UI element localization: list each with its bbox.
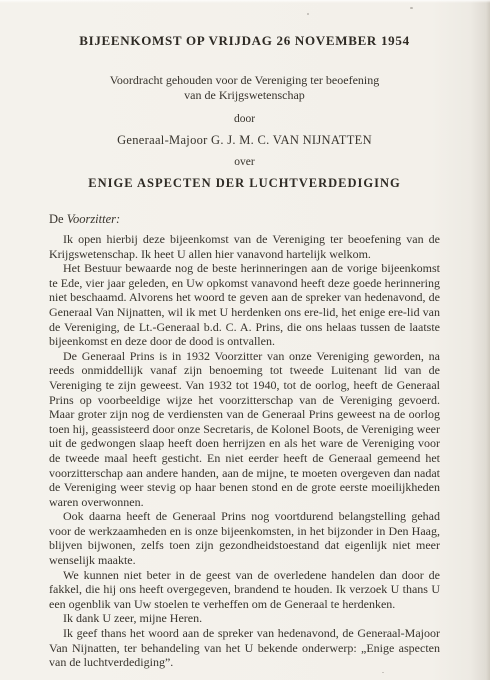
lecture-subtitle: Voordracht gehouden voor de Vereniging t… xyxy=(49,73,440,103)
chairman-line: De Voorzitter: xyxy=(49,212,440,227)
paragraph: De Generaal Prins is in 1932 Voorzitter … xyxy=(49,349,440,510)
speaker-name: Generaal-Majoor G. J. M. C. VAN NIJNATTE… xyxy=(49,133,440,148)
chairman-prefix: De xyxy=(49,212,67,226)
chairman-role: Voorzitter: xyxy=(67,212,120,226)
body-paragraphs: Ik open hierbij deze bijeenkomst van de … xyxy=(49,232,440,670)
scanned-page: BIJEENKOMST OP VRIJDAG 26 NOVEMBER 1954 … xyxy=(0,0,490,680)
meeting-title: BIJEENKOMST OP VRIJDAG 26 NOVEMBER 1954 xyxy=(49,33,440,49)
page-content: BIJEENKOMST OP VRIJDAG 26 NOVEMBER 1954 … xyxy=(0,0,490,670)
door-label: door xyxy=(49,112,440,126)
paragraph: Ik dank U zeer, mijne Heren. xyxy=(49,611,440,626)
paragraph: Het Bestuur bewaarde nog de beste herinn… xyxy=(49,261,440,349)
scan-speck xyxy=(382,672,384,673)
paragraph: Ook daarna heeft de Generaal Prins nog v… xyxy=(49,509,440,567)
lecture-subtitle-line1: Voordracht gehouden voor de Vereniging t… xyxy=(49,73,440,88)
paragraph: Ik open hierbij deze bijeenkomst van de … xyxy=(49,232,440,261)
paragraph: We kunnen niet beter in de geest van de … xyxy=(49,568,440,612)
paragraph: Ik geef thans het woord aan de spreker v… xyxy=(49,626,440,670)
lecture-title: ENIGE ASPECTEN DER LUCHTVERDEDIGING xyxy=(49,176,440,191)
over-label: over xyxy=(49,155,440,169)
lecture-subtitle-line2: van de Krijgswetenschap xyxy=(49,88,440,103)
